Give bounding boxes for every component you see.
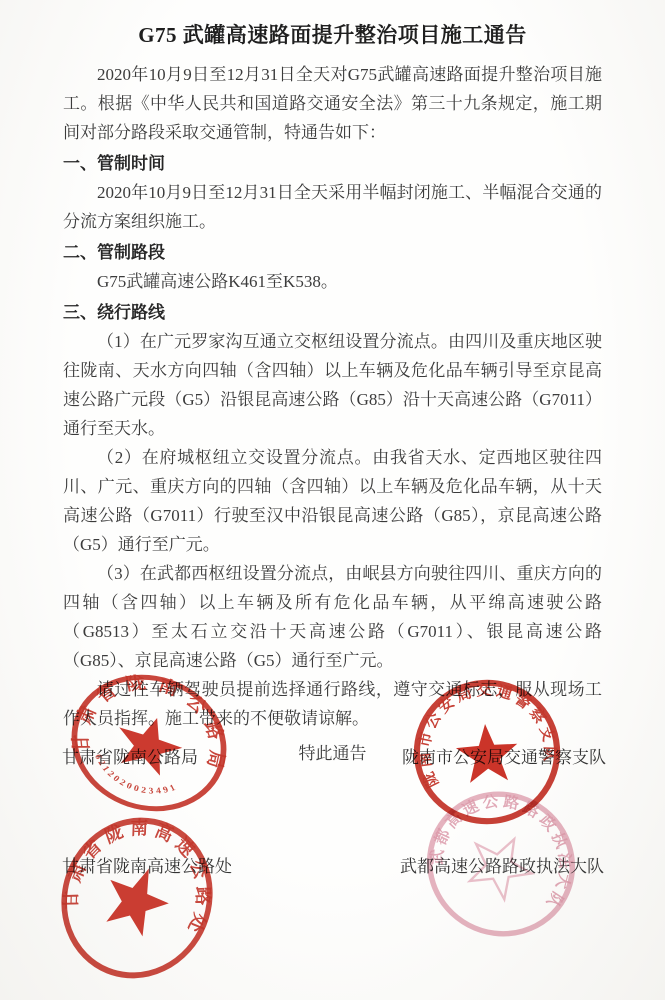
section-heading-detour-routes: 三、绕行路线 xyxy=(63,298,602,327)
svg-text:武都高速公路路政执法大队: 武都高速公路路政执法大队 xyxy=(420,766,601,929)
detour-route-1: （1）在广元罗家沟互通立交枢纽设置分流点。由四川及重庆地区驶往陇南、天水方向四轴… xyxy=(63,327,602,443)
closing-paragraph: 请过往车辆驾驶员提前选择通行路线，遵守交通标志，服从现场工作人员指挥。施工带来的… xyxy=(63,675,602,733)
signatory-name-wudu-road-enforcement: 武都高速公路路政执法大队 xyxy=(400,852,604,877)
signatory-name-longnan-traffic-police: 陇南市公安局交通警察支队 xyxy=(402,743,606,768)
signatory-name-longnan-expressway-office: 甘肃省陇南高速公路处 xyxy=(62,852,232,877)
seal-ring-text: 甘肃省陇南高速公路处 xyxy=(53,794,238,963)
section-heading-control-segment: 二、管制路段 xyxy=(63,238,602,267)
seal-ring-text: 武都高速公路路政执法大队 xyxy=(420,766,601,929)
intro-paragraph: 2020年10月9日至12月31日全天对G75武罐高速路面提升整治项目施工。根据… xyxy=(63,60,602,147)
section-paragraph: G75武罐高速公路K461至K538。 xyxy=(63,267,602,296)
svg-text:甘肃省陇南高速公路处: 甘肃省陇南高速公路处 xyxy=(53,794,238,963)
official-seal-longnan-expressway-office: 甘肃省陇南高速公路处 xyxy=(32,789,243,1000)
document-body: G75 武罐高速路面提升整治项目施工通告 2020年10月9日至12月31日全天… xyxy=(0,0,665,768)
notice-document-page: G75 武罐高速路面提升整治项目施工通告 2020年10月9日至12月31日全天… xyxy=(0,0,665,1000)
detour-route-2: （2）在府城枢纽立交设置分流点。由我省天水、定西地区驶往四川、广元、重庆方向的四… xyxy=(63,443,602,559)
section-heading-control-time: 一、管制时间 xyxy=(63,149,602,178)
section-paragraph: 2020年10月9日至12月31日全天采用半幅封闭施工、半幅混合交通的分流方案组… xyxy=(63,178,602,236)
document-title: G75 武罐高速路面提升整治项目施工通告 xyxy=(63,20,602,50)
detour-route-3: （3）在武都西枢纽设置分流点，由岷县方向驶往四川、重庆方向的四轴（含四轴）以上车… xyxy=(63,559,602,675)
signatory-name-gansu-longnan-highway-bureau: 甘肃省陇南公路局 xyxy=(62,743,198,768)
